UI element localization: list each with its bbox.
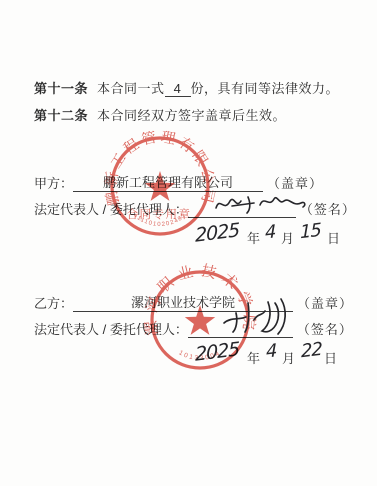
party-a-name-row: 甲方： 鹏新工程管理有限公司 （盖章）	[34, 172, 323, 192]
clause-11-label: 第十一条	[34, 81, 88, 96]
party-a-sign-note: （签名）	[300, 199, 356, 218]
party-b-rep-row: 法定代表人 / 委托代理人： （签名）	[34, 319, 353, 338]
party-a-date-year-handwritten: 2025	[195, 219, 239, 247]
contract-signature-page: 第十一条本合同一式4份，具有同等法律效力。 第十二条本合同经双方签字盖章后生效。…	[0, 0, 377, 486]
party-a-rep-row: 法定代表人 / 委托代理人： （签名）	[34, 199, 356, 218]
party-b-seal-note: （盖章）	[297, 293, 353, 312]
party-a-name: 鹏新工程管理有限公司	[73, 172, 263, 192]
party-b-signature-line	[188, 320, 293, 338]
clause-12-text: 本合同经双方签字盖章后生效。	[97, 108, 286, 123]
party-a-year-unit: 年	[247, 228, 261, 247]
party-b-year-unit: 年	[247, 348, 261, 367]
party-b-name: 漯河职业技术学院	[73, 292, 293, 312]
copies-count: 4	[165, 81, 191, 97]
party-b-rep-label: 法定代表人 / 委托代理人：	[34, 319, 188, 338]
party-a-day-unit: 日	[327, 228, 341, 247]
party-a-date-day-handwritten: 15	[300, 220, 321, 244]
party-a-date-month-handwritten: 4	[265, 221, 276, 243]
party-b-month-unit: 月	[282, 348, 296, 367]
clause-12: 第十二条本合同经双方签字盖章后生效。	[34, 105, 286, 124]
party-a-signature-line	[188, 200, 296, 218]
party-a-month-unit: 月	[281, 228, 295, 247]
clause-11-text-after: 份，具有同等法律效力。	[191, 81, 340, 96]
party-b-date-month-handwritten: 4	[266, 340, 277, 362]
party-a-role-label: 甲方：	[34, 173, 73, 192]
party-b-day-unit: 日	[324, 348, 338, 367]
seal-a-arc-text: 鹏新工程管理有限公司	[102, 128, 217, 207]
party-b-sign-note: （签名）	[297, 319, 353, 338]
clause-11: 第十一条本合同一式4份，具有同等法律效力。	[34, 78, 339, 97]
clause-12-label: 第十二条	[34, 108, 88, 123]
party-a-seal-note: （盖章）	[267, 173, 323, 192]
party-b-date-day-handwritten: 22	[301, 339, 322, 363]
party-a-rep-label: 法定代表人 / 委托代理人：	[34, 199, 188, 218]
party-b-role-label: 乙方：	[34, 293, 73, 312]
party-b-name-row: 乙方： 漯河职业技术学院 （盖章）	[34, 292, 353, 312]
clause-11-text-before: 本合同一式	[97, 81, 165, 96]
party-b-date-year-handwritten: 2025	[195, 338, 239, 366]
